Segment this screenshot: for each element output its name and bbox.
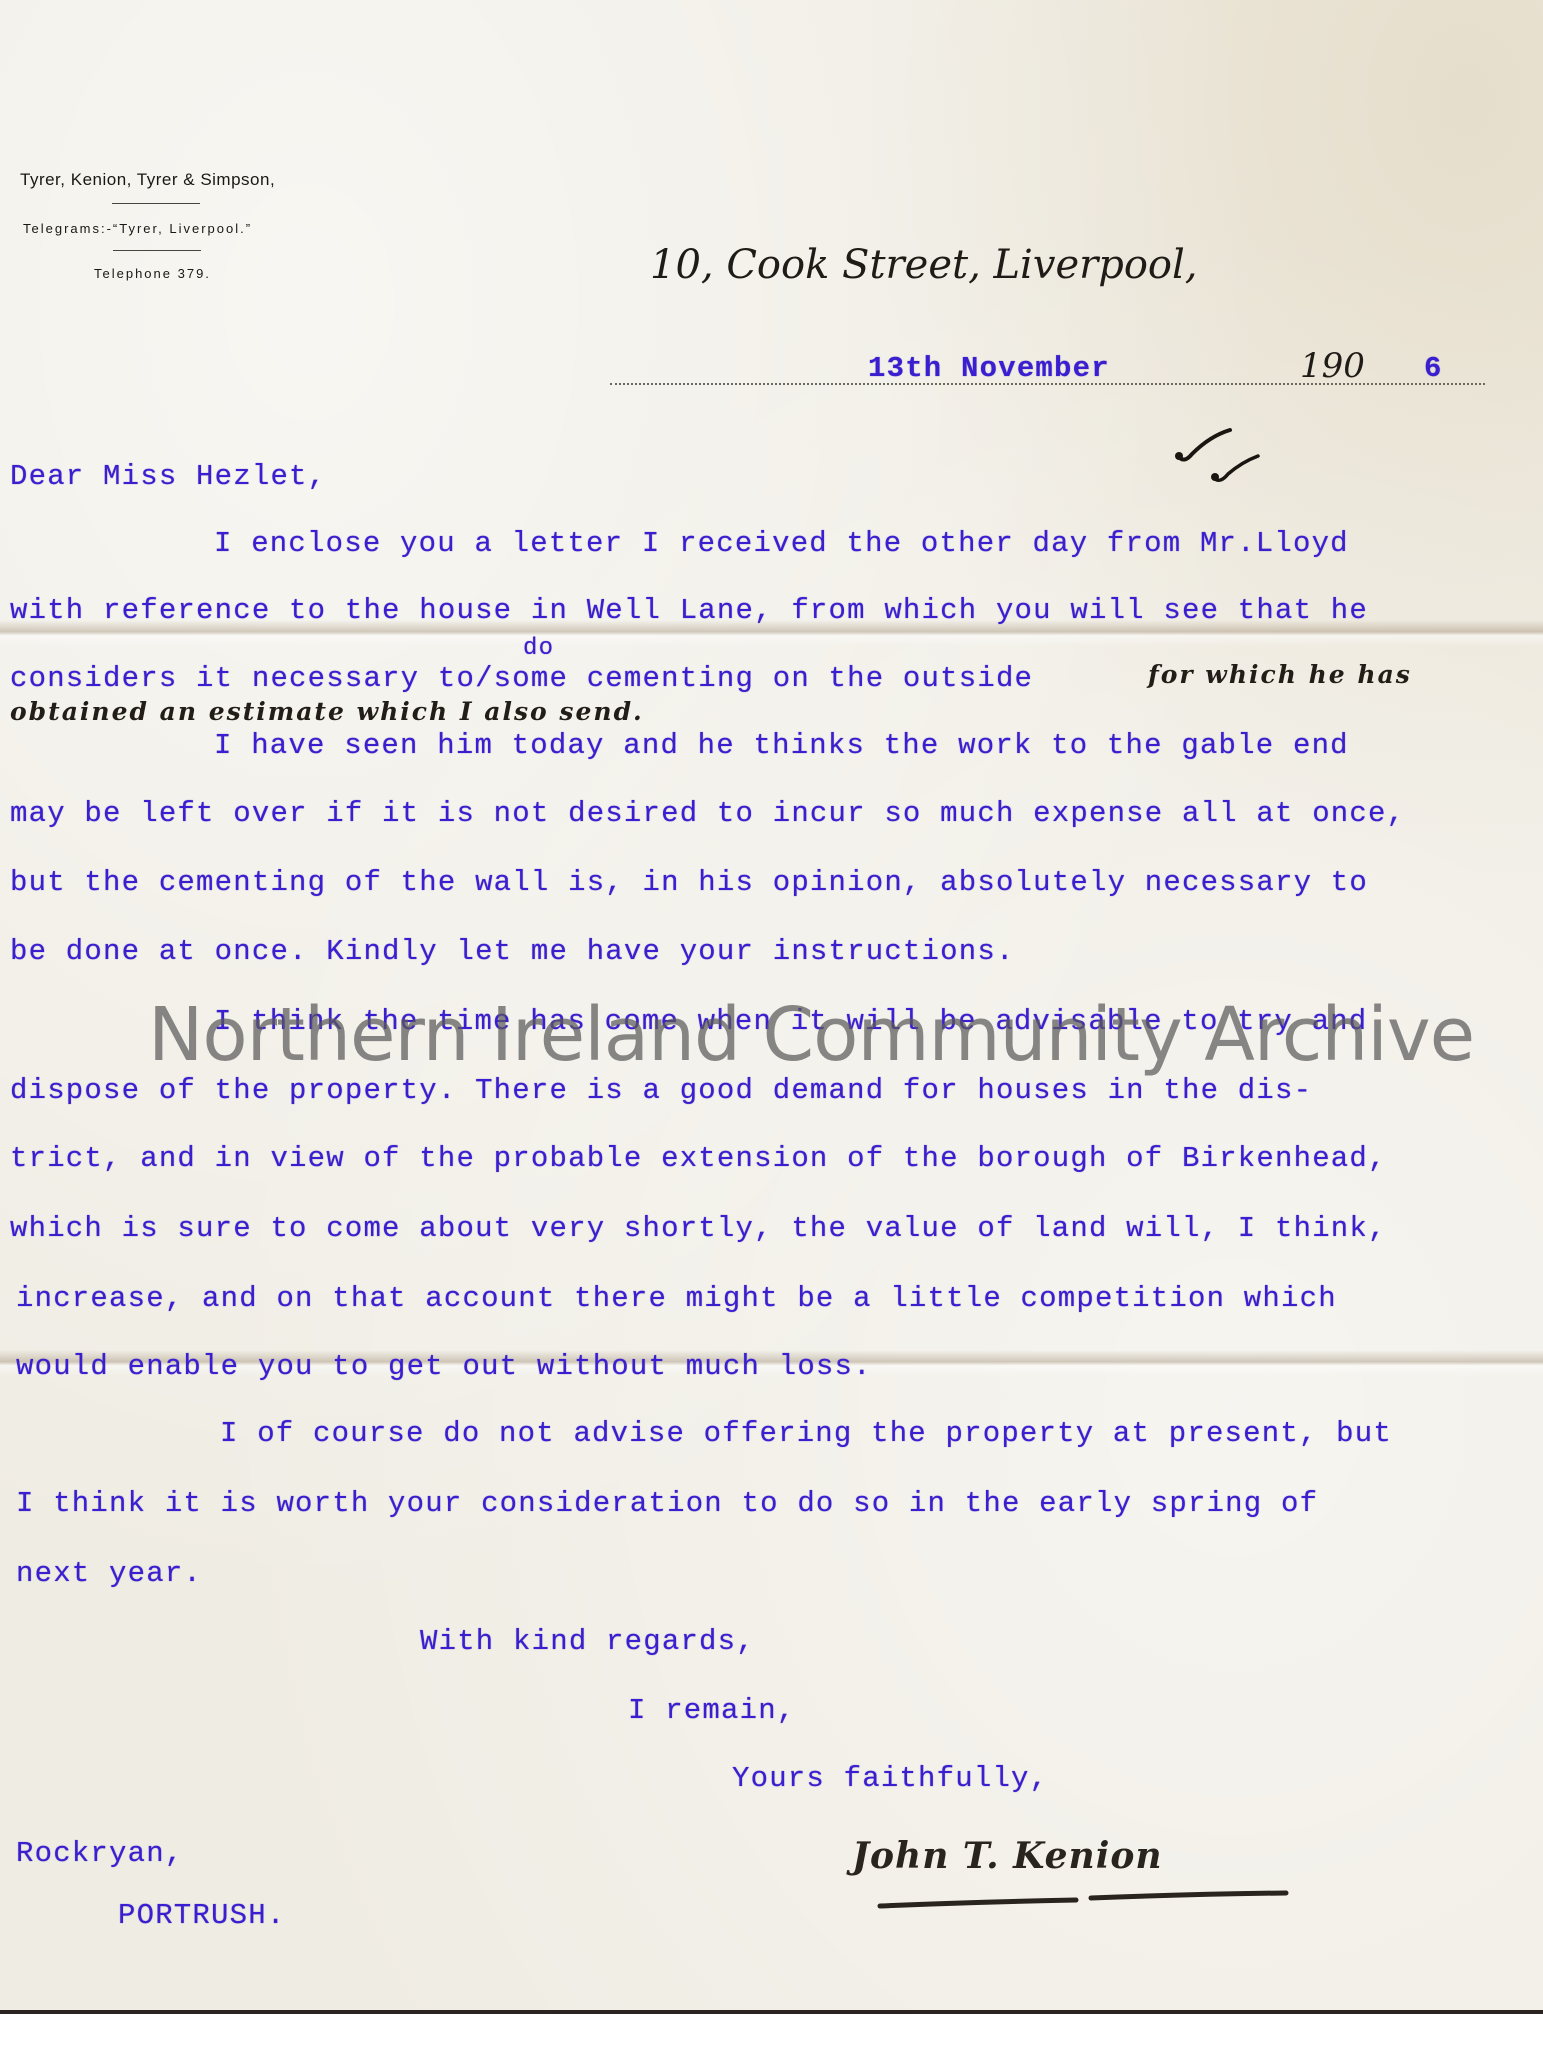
body-line: I of course do not advise offering the p… [220, 1417, 1392, 1450]
insertion-word: do [523, 635, 554, 662]
tick-marks-icon [1170, 418, 1290, 488]
body-line: considers it necessary to/some cementing… [10, 662, 1033, 695]
body-line: I think it is worth your consideration t… [16, 1487, 1318, 1520]
letterhead-divider [113, 250, 201, 251]
body-line: would enable you to get out without much… [16, 1350, 872, 1383]
letterhead-address: 10, Cook Street, Liverpool, [650, 242, 1198, 288]
signature-underline [876, 1890, 1296, 1910]
date-year-prefix: 190 [1300, 346, 1365, 386]
date-year-suffix: 6 [1424, 352, 1443, 385]
closing-regards: With kind regards, [420, 1625, 755, 1658]
letterhead-firm: Tyrer, Kenion, Tyrer & Simpson, [20, 170, 275, 190]
recipient-address-line1: Rockryan, [16, 1837, 183, 1870]
body-line: next year. [16, 1557, 202, 1590]
handwritten-insertion: for which he has [1148, 660, 1412, 689]
body-line: I have seen him today and he thinks the … [214, 729, 1349, 762]
letterhead-telegrams: Telegrams:-“Tyrer, Liverpool.” [23, 221, 252, 236]
body-line: increase, and on that account there migh… [16, 1282, 1337, 1315]
signature: John T. Kenion [852, 1835, 1163, 1877]
date-rule [610, 383, 1485, 385]
body-line: trict, and in view of the probable exten… [10, 1142, 1387, 1175]
closing-remain: I remain, [628, 1694, 795, 1727]
letterhead-telephone: Telephone 379. [94, 266, 211, 281]
letterhead-divider [112, 203, 200, 204]
body-line: but the cementing of the wall is, in his… [10, 866, 1368, 899]
body-line: dispose of the property. There is a good… [10, 1074, 1312, 1107]
body-line: may be left over if it is not desired to… [10, 797, 1405, 830]
handwritten-insertion: obtained an estimate which I also send. [10, 697, 644, 726]
salutation: Dear Miss Hezlet, [10, 460, 326, 493]
body-line: which is sure to come about very shortly… [10, 1212, 1387, 1245]
body-line: I enclose you a letter I received the ot… [214, 527, 1349, 560]
body-line: with reference to the house in Well Lane… [10, 594, 1368, 627]
scan-bottom-edge [0, 2010, 1543, 2048]
closing-yours: Yours faithfully, [732, 1762, 1048, 1795]
body-line: be done at once. Kindly let me have your… [10, 935, 1015, 968]
archive-watermark: Northern Ireland Community Archive [148, 992, 1474, 1078]
date-day-month: 13th November [868, 352, 1110, 385]
recipient-address-line2: PORTRUSH. [118, 1899, 285, 1932]
